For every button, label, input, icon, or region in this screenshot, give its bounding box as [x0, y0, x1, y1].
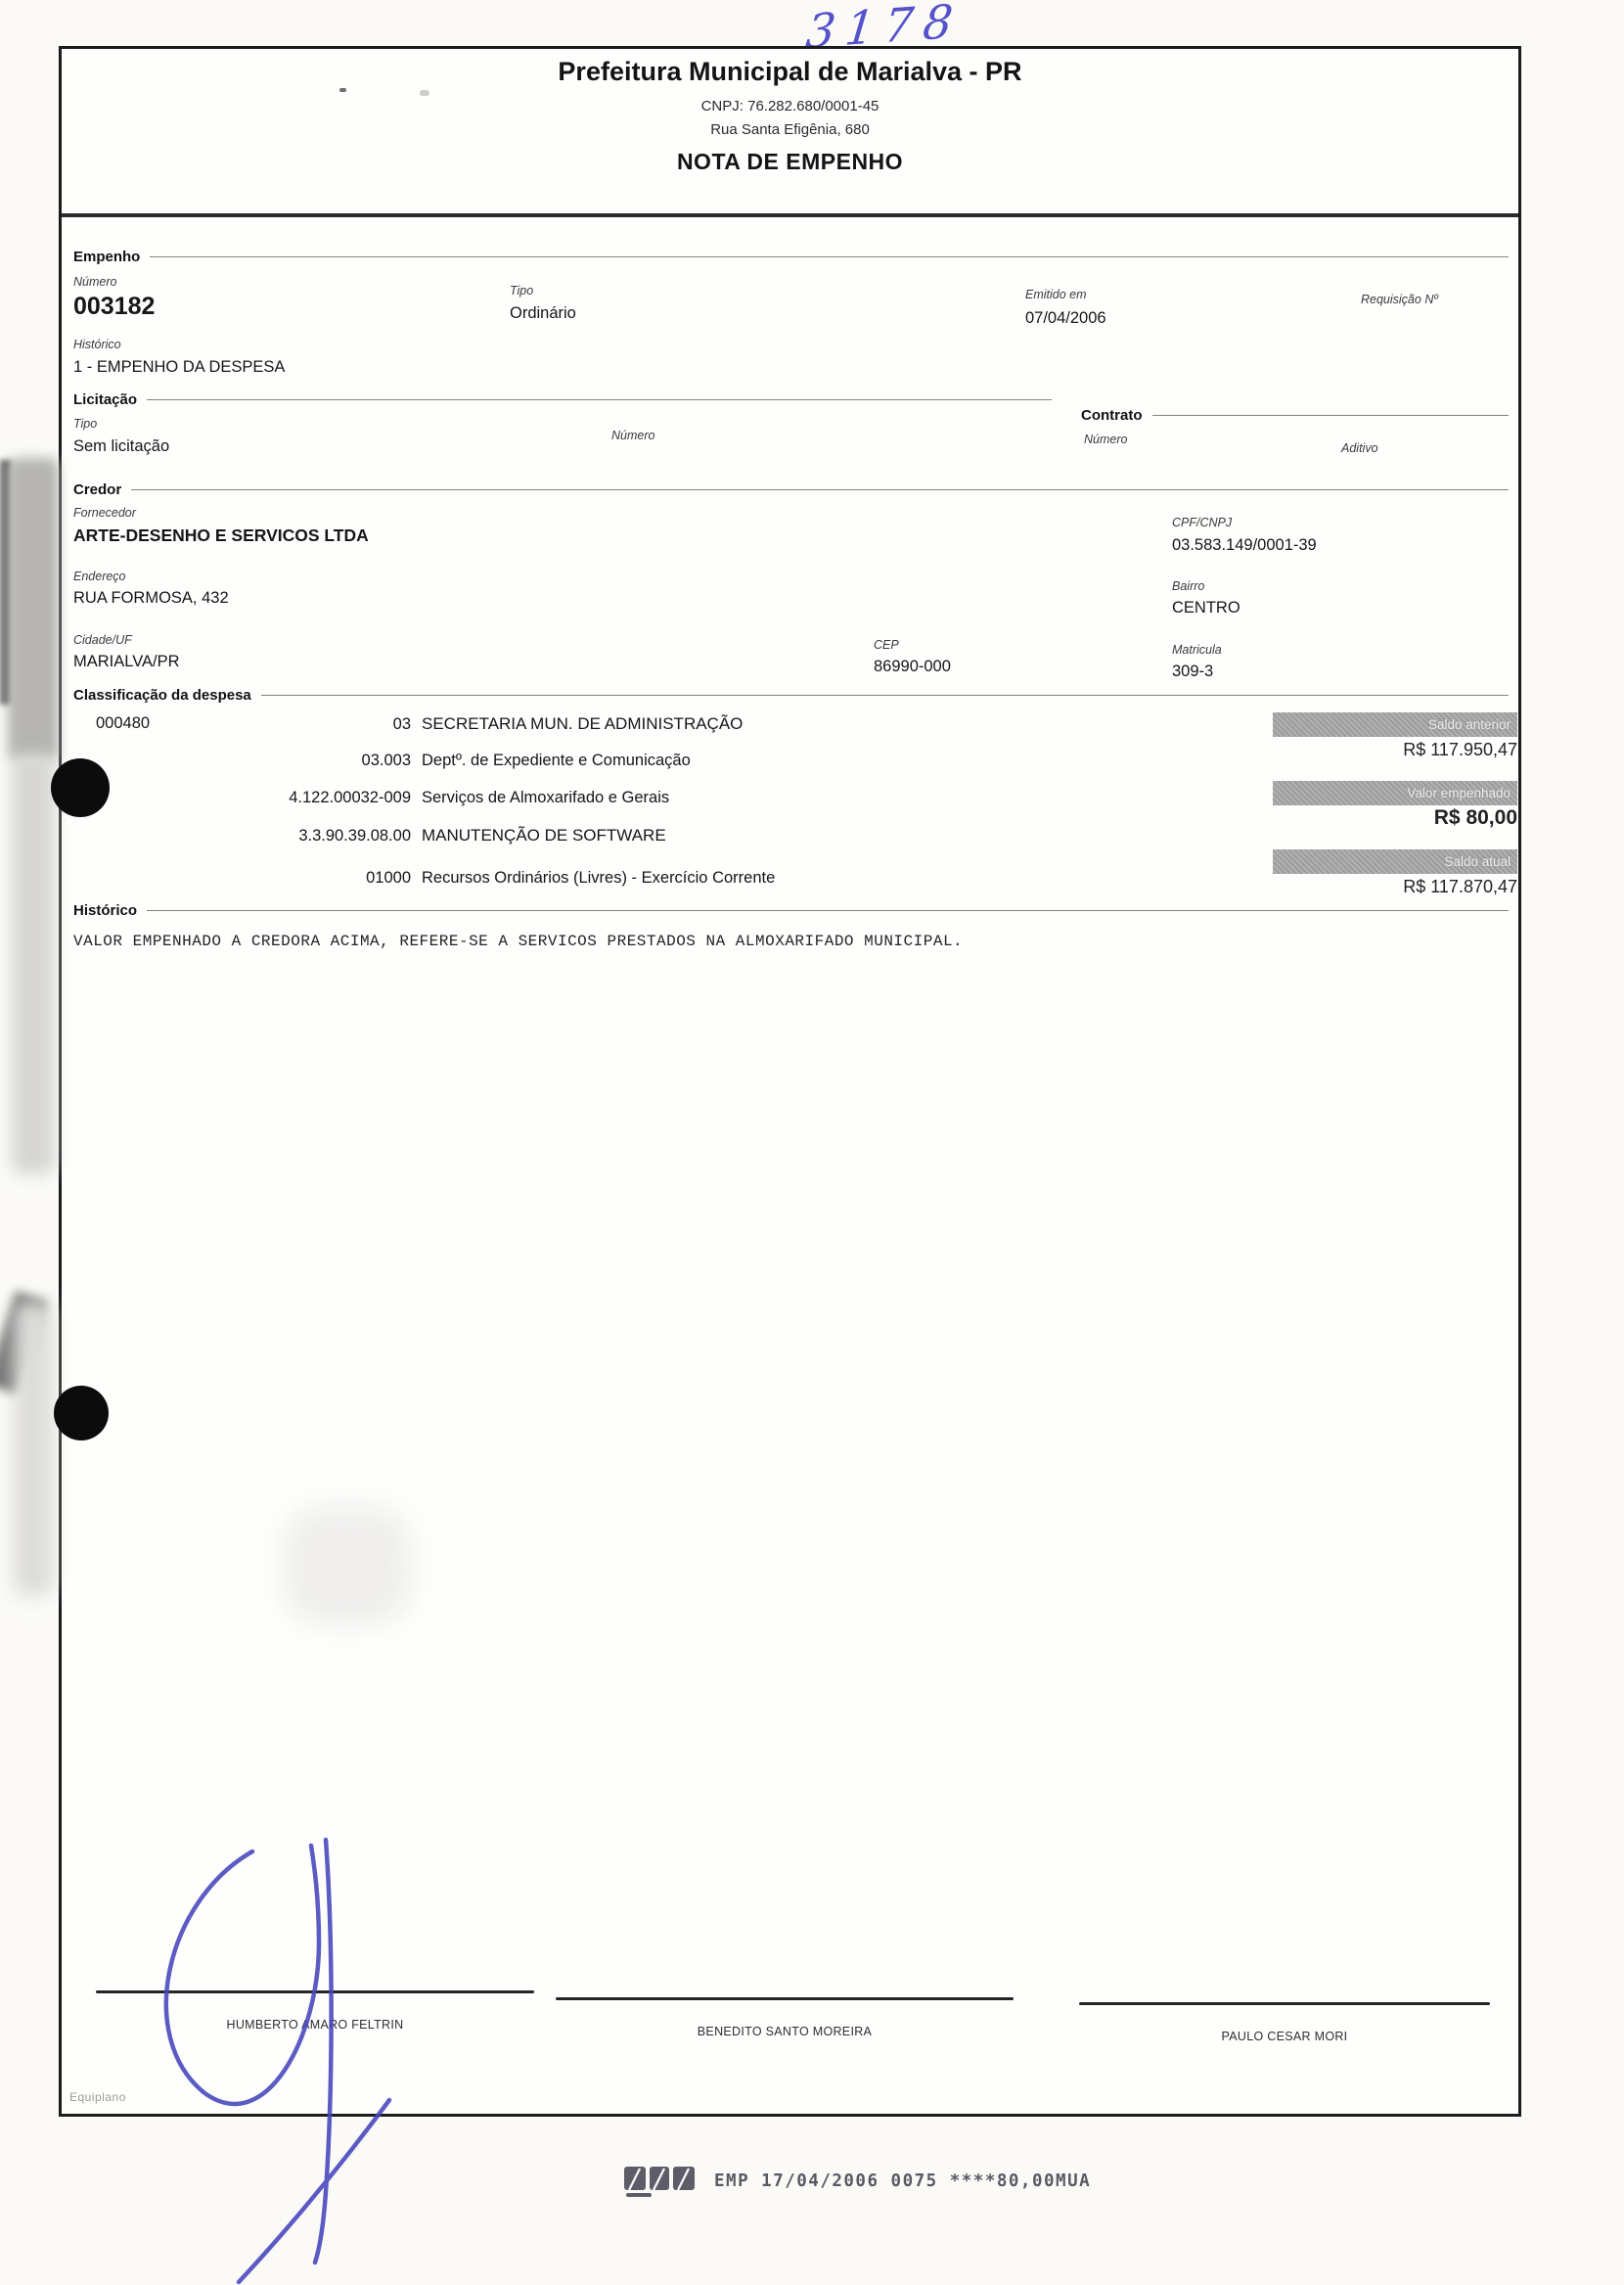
section-credor-label: Credor: [73, 481, 121, 498]
classificacao-row: 3.3.90.39.08.00 MANUTENÇÃO DE SOFTWARE: [73, 826, 1264, 845]
scan-speck: [420, 90, 429, 96]
empenho-historico-label: Histórico: [73, 338, 121, 351]
system-vendor-label: Equiplano: [69, 2090, 126, 2104]
section-rule: [147, 910, 1509, 911]
contrato-aditivo-label: Aditivo: [1341, 441, 1378, 455]
bank-validation-logo: [624, 2163, 697, 2202]
section-classificacao-label: Classificação da despesa: [73, 687, 251, 704]
contrato-numero-label: Número: [1084, 433, 1127, 446]
classificacao-label: Serviços de Almoxarifado e Gerais: [422, 789, 669, 807]
section-rule: [261, 695, 1509, 696]
empenho-form-sheet: Prefeitura Municipal de Marialva - PR CN…: [59, 46, 1521, 2117]
scan-smudge: [8, 458, 59, 761]
section-contrato: Contrato: [1081, 407, 1509, 424]
scan-smudge: [0, 1291, 48, 1394]
signature-line: [1079, 2002, 1490, 2005]
section-classificacao: Classificação da despesa: [73, 687, 1509, 704]
saldo-atual-box: Saldo atual: [1273, 849, 1517, 874]
section-credor: Credor: [73, 481, 1509, 498]
valor-empenhado-box: Valor empenhado: [1273, 781, 1517, 805]
empenho-historico-value: 1 - EMPENHO DA DESPESA: [73, 358, 285, 377]
empenho-numero-label: Número: [73, 275, 116, 289]
header-divider: [62, 213, 1518, 217]
signature-line: [96, 1990, 534, 1993]
empenho-tipo-label: Tipo: [510, 284, 533, 297]
section-contrato-label: Contrato: [1081, 407, 1143, 424]
section-rule: [150, 256, 1509, 257]
credor-bairro-label: Bairro: [1172, 579, 1204, 593]
credor-cidadeuf-label: Cidade/UF: [73, 633, 132, 647]
section-licitacao: Licitação: [73, 391, 1052, 408]
classificacao-row: 03 SECRETARIA MUN. DE ADMINISTRAÇÃO: [73, 714, 1264, 734]
hole-punch-mark: [54, 1386, 109, 1440]
validation-stamp-text: EMP 17/04/2006 0075 ****80,00MUA: [714, 2171, 1091, 2191]
credor-endereco-value: RUA FORMOSA, 432: [73, 589, 229, 608]
credor-fornecedor-value: ARTE-DESENHO E SERVICOS LTDA: [73, 526, 369, 546]
classificacao-label: Recursos Ordinários (Livres) - Exercício…: [422, 869, 775, 888]
scan-smudge: [14, 1302, 53, 1595]
document-title: NOTA DE EMPENHO: [62, 149, 1518, 175]
licitacao-numero-label: Número: [611, 429, 654, 442]
signatory-name: PAULO CESAR MORI: [1079, 2030, 1490, 2043]
saldo-anterior-box: Saldo anterior: [1273, 712, 1517, 737]
historico-text: VALOR EMPENHADO A CREDORA ACIMA, REFERE-…: [73, 933, 963, 950]
saldo-anterior-value: R$ 117.950,47: [1273, 740, 1517, 760]
section-licitacao-label: Licitação: [73, 391, 137, 408]
scanned-nota-de-empenho: { "page": { "handwritten_number": "3178"…: [0, 0, 1624, 2285]
saldo-atual-value: R$ 117.870,47: [1273, 877, 1517, 897]
classificacao-code: 03: [73, 715, 411, 734]
scan-smudge: [12, 754, 55, 1174]
section-empenho: Empenho: [73, 249, 1509, 265]
signature-line: [556, 1997, 1014, 2000]
scan-edge-artifact: [0, 460, 12, 705]
credor-cpfcnpj-label: CPF/CNPJ: [1172, 516, 1232, 529]
signatory-name: HUMBERTO AMARO FELTRIN: [96, 2018, 534, 2032]
hole-punch-mark: [51, 758, 110, 817]
section-rule: [131, 489, 1509, 490]
classificacao-code: 03.003: [73, 752, 411, 770]
credor-endereco-label: Endereço: [73, 570, 126, 583]
empenho-requisicao-label: Requisição Nº: [1361, 293, 1438, 306]
credor-cpfcnpj-value: 03.583.149/0001-39: [1172, 536, 1317, 555]
empenho-tipo-value: Ordinário: [510, 304, 576, 323]
municipality-address: Rua Santa Efigênia, 680: [62, 121, 1518, 138]
classificacao-code: 3.3.90.39.08.00: [73, 827, 411, 845]
credor-cep-value: 86990-000: [874, 658, 951, 676]
licitacao-tipo-value: Sem licitação: [73, 437, 169, 456]
section-rule: [1152, 415, 1510, 416]
scan-speck: [339, 88, 346, 92]
section-rule: [147, 399, 1052, 400]
empenho-emitido-label: Emitido em: [1025, 288, 1087, 301]
credor-matricula-label: Matricula: [1172, 643, 1222, 657]
section-historico-label: Histórico: [73, 902, 137, 919]
credor-matricula-value: 309-3: [1172, 663, 1213, 681]
section-historico: Histórico: [73, 902, 1509, 919]
municipality-cnpj: CNPJ: 76.282.680/0001-45: [62, 98, 1518, 114]
empenho-numero-value: 003182: [73, 293, 155, 321]
classificacao-row: 4.122.00032-009 Serviços de Almoxarifado…: [73, 789, 1264, 807]
credor-cep-label: CEP: [874, 638, 899, 652]
credor-bairro-value: CENTRO: [1172, 599, 1241, 617]
classificacao-label: MANUTENÇÃO DE SOFTWARE: [422, 826, 666, 845]
valor-empenhado-value: R$ 80,00: [1273, 806, 1517, 830]
classificacao-row: 01000 Recursos Ordinários (Livres) - Exe…: [73, 869, 1264, 888]
signatory-name: BENEDITO SANTO MOREIRA: [556, 2025, 1014, 2038]
credor-fornecedor-label: Fornecedor: [73, 506, 136, 520]
classificacao-label: Deptº. de Expediente e Comunicação: [422, 752, 691, 770]
classificacao-code: 01000: [73, 869, 411, 888]
classificacao-row: 03.003 Deptº. de Expediente e Comunicaçã…: [73, 752, 1264, 770]
empenho-emitido-value: 07/04/2006: [1025, 309, 1106, 328]
credor-cidadeuf-value: MARIALVA/PR: [73, 653, 180, 671]
municipality-title: Prefeitura Municipal de Marialva - PR: [62, 57, 1518, 87]
classificacao-label: SECRETARIA MUN. DE ADMINISTRAÇÃO: [422, 714, 743, 734]
classificacao-code: 4.122.00032-009: [73, 789, 411, 807]
section-empenho-label: Empenho: [73, 249, 140, 265]
licitacao-tipo-label: Tipo: [73, 417, 97, 431]
